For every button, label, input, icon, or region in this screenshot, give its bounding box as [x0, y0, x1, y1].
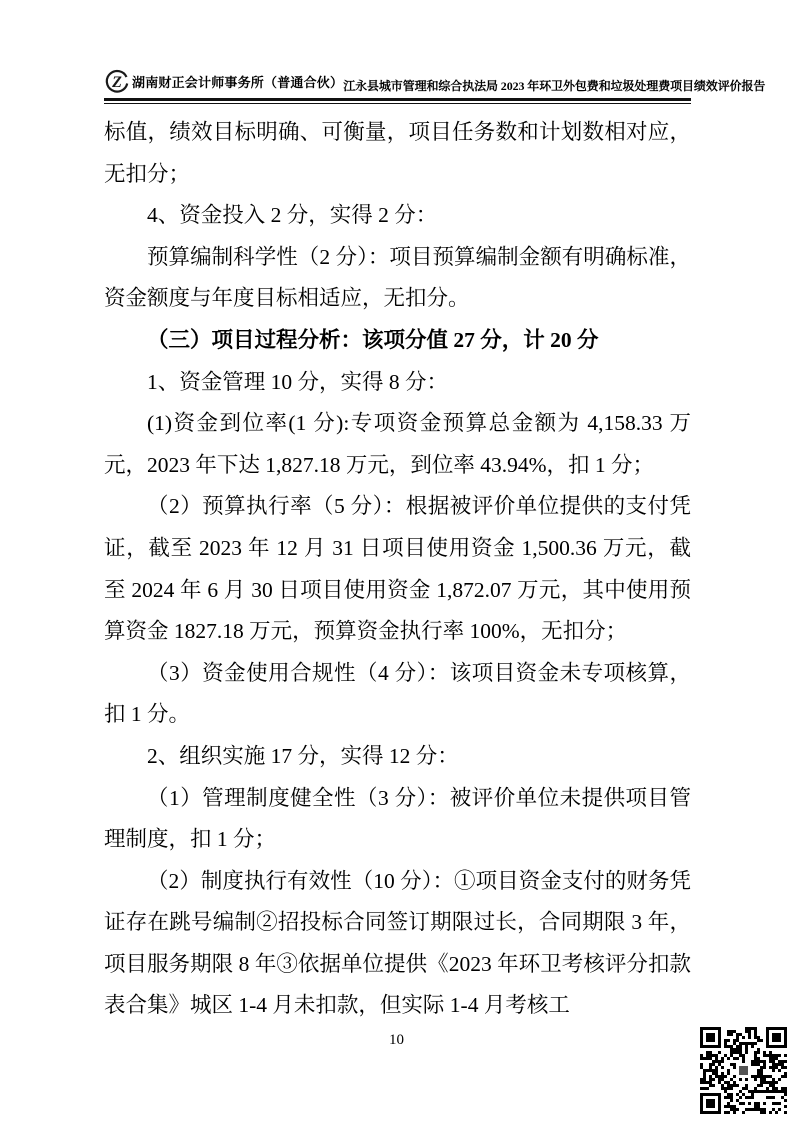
paragraph: (1)资金到位率(1 分):专项资金预算总金额为 4,158.33 万元，202…: [104, 403, 691, 486]
paragraph: （3）资金使用合规性（4 分）：该项目资金未专项核算，扣 1 分。: [104, 653, 691, 736]
paragraph: （1）管理制度健全性（3 分）：被评价单位未提供项目管理制度，扣 1 分；: [104, 778, 691, 861]
paragraph: 4、资金投入 2 分，实得 2 分：: [104, 195, 691, 237]
page-header: Z 湖南财正会计师事务所（普通合伙） 江永县城市管理和综合执法局 2023 年环…: [104, 68, 691, 104]
paragraph: 标值，绩效目标明确、可衡量，项目任务数和计划数相对应，无扣分；: [104, 112, 691, 195]
report-title: 江永县城市管理和综合执法局 2023 年环卫外包费和垃圾处理费项目绩效评价报告: [343, 77, 765, 94]
firm-name: 湖南财正会计师事务所（普通合伙）: [132, 72, 343, 91]
page-number: 10: [0, 1032, 793, 1049]
document-body: 标值，绩效目标明确、可衡量，项目任务数和计划数相对应，无扣分；4、资金投入 2 …: [104, 112, 691, 1027]
qr-code-icon: [700, 1027, 787, 1114]
paragraph: （三）项目过程分析：该项分值 27 分，计 20 分: [104, 320, 691, 362]
paragraph: 预算编制科学性（2 分）：项目预算编制金额有明确标准，资金额度与年度目标相适应，…: [104, 237, 691, 320]
document-page: Z 湖南财正会计师事务所（普通合伙） 江永县城市管理和综合执法局 2023 年环…: [0, 0, 793, 1122]
paragraph: 1、资金管理 10 分，实得 8 分：: [104, 362, 691, 404]
svg-text:Z: Z: [111, 74, 122, 91]
header-row: Z 湖南财正会计师事务所（普通合伙） 江永县城市管理和综合执法局 2023 年环…: [104, 68, 691, 98]
paragraph: （2）制度执行有效性（10 分）：①项目资金支付的财务凭证存在跳号编制②招投标合…: [104, 861, 691, 1027]
firm-logo-icon: Z: [104, 68, 130, 94]
header-rule-thin: [104, 103, 691, 104]
paragraph: 2、组织实施 17 分，实得 12 分：: [104, 736, 691, 778]
paragraph: （2）预算执行率（5 分）：根据被评价单位提供的支付凭证，截至 2023 年 1…: [104, 486, 691, 652]
firm-brand: Z 湖南财正会计师事务所（普通合伙）: [104, 68, 343, 94]
